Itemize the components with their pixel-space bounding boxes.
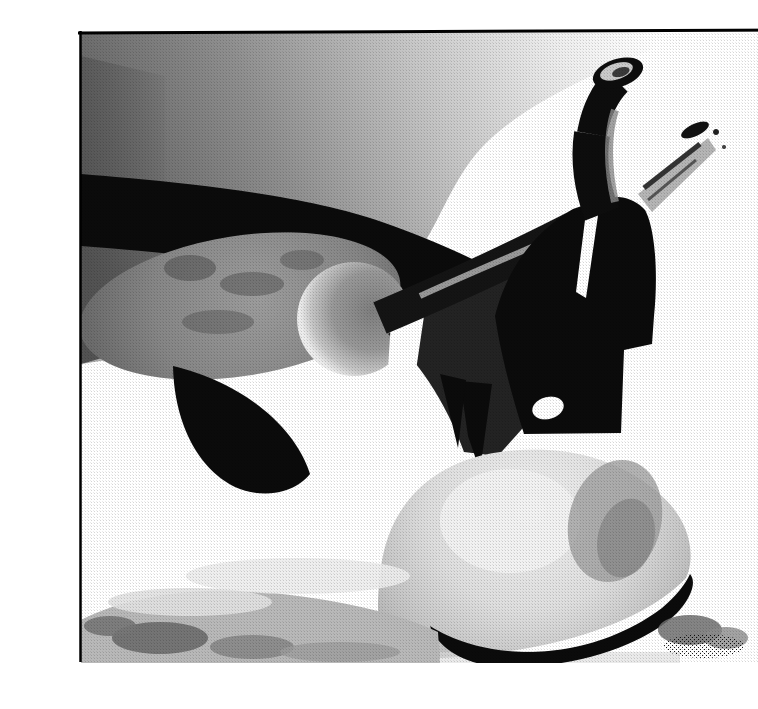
scanned-photo-figure: Scanned black-and-white halftone close-u… xyxy=(40,16,758,693)
halftone-overlay xyxy=(81,32,758,663)
halftone-photo xyxy=(40,16,758,693)
photo-canvas xyxy=(69,32,758,667)
